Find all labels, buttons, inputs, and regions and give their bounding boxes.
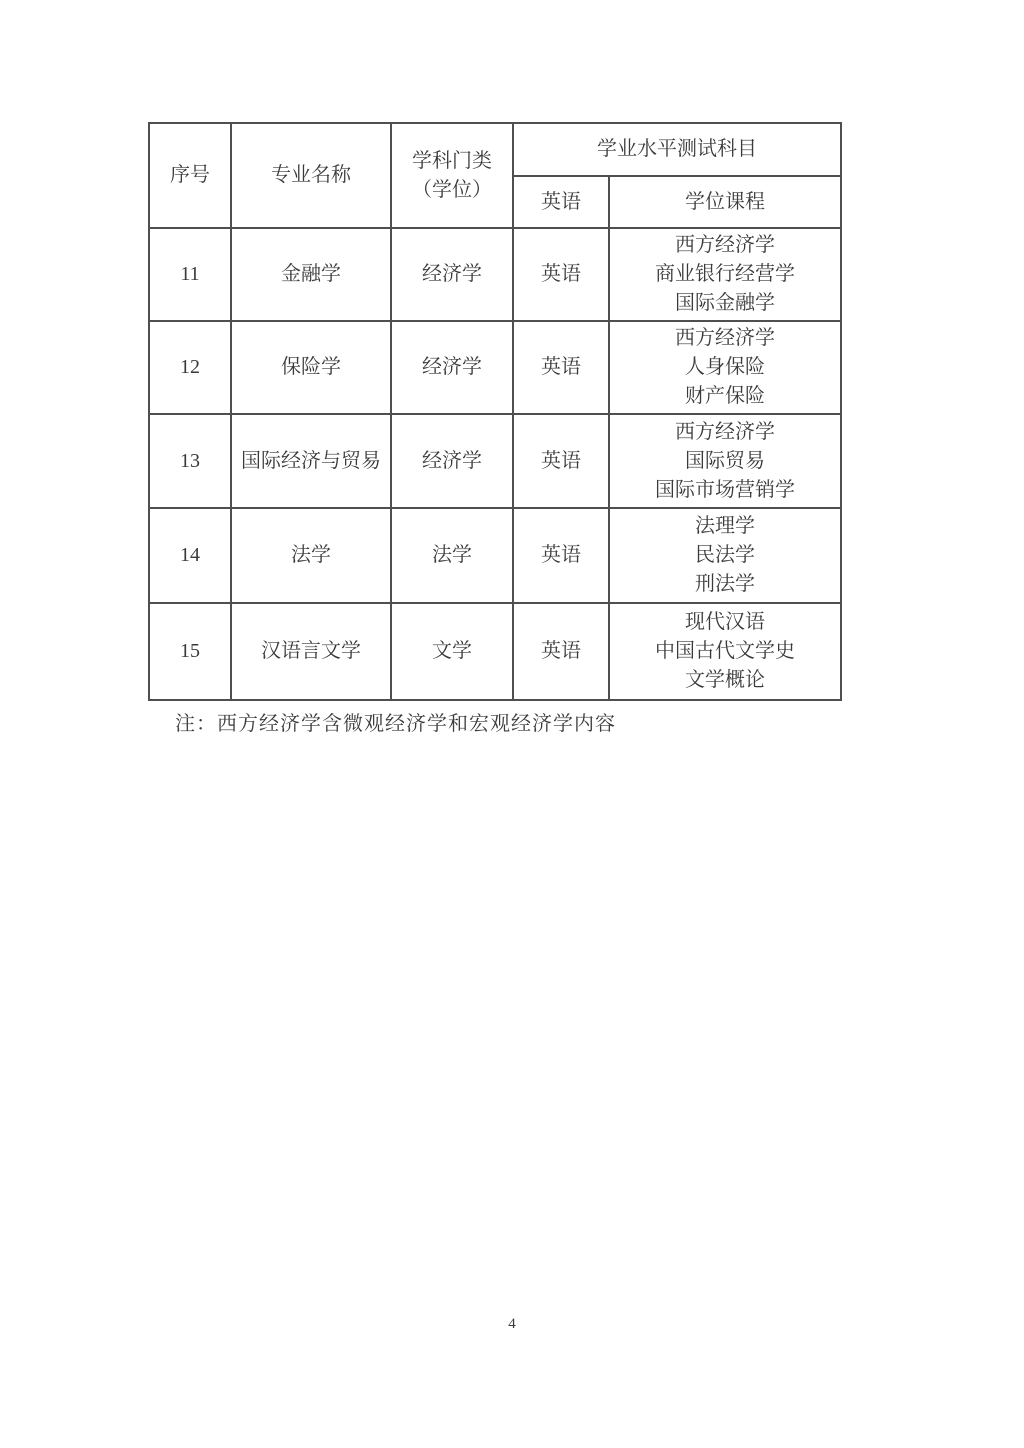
header-discipline-line1: 学科门类 (396, 147, 508, 176)
cell-no: 15 (149, 603, 231, 700)
course-line: 现代汉语 (614, 608, 836, 637)
header-no: 序号 (149, 123, 231, 228)
header-discipline: 学科门类 （学位） (391, 123, 513, 228)
course-line: 财产保险 (614, 382, 836, 411)
course-line: 国际市场营销学 (614, 476, 836, 505)
cell-english: 英语 (513, 321, 609, 414)
cell-degree-courses: 现代汉语 中国古代文学史 文学概论 (609, 603, 841, 700)
course-line: 西方经济学 (614, 231, 836, 260)
course-line: 民法学 (614, 541, 836, 570)
course-line: 西方经济学 (614, 324, 836, 353)
cell-major: 法学 (231, 508, 391, 603)
table-row: 14 法学 法学 英语 法理学 民法学 刑法学 (149, 508, 841, 603)
header-major: 专业名称 (231, 123, 391, 228)
course-line: 中国古代文学史 (614, 637, 836, 666)
course-line: 国际金融学 (614, 289, 836, 318)
course-line: 商业银行经营学 (614, 260, 836, 289)
cell-degree-courses: 西方经济学 国际贸易 国际市场营销学 (609, 414, 841, 508)
cell-discipline: 经济学 (391, 228, 513, 321)
cell-discipline: 文学 (391, 603, 513, 700)
header-english: 英语 (513, 176, 609, 228)
cell-english: 英语 (513, 603, 609, 700)
footnote: 注：西方经济学含微观经济学和宏观经济学内容 (175, 707, 616, 736)
header-discipline-line2: （学位） (396, 176, 508, 205)
table-row: 12 保险学 经济学 英语 西方经济学 人身保险 财产保险 (149, 321, 841, 414)
cell-discipline: 法学 (391, 508, 513, 603)
course-line: 法理学 (614, 512, 836, 541)
table-row: 11 金融学 经济学 英语 西方经济学 商业银行经营学 国际金融学 (149, 228, 841, 321)
cell-no: 13 (149, 414, 231, 508)
cell-major: 金融学 (231, 228, 391, 321)
cell-no: 11 (149, 228, 231, 321)
course-line: 刑法学 (614, 570, 836, 599)
cell-no: 12 (149, 321, 231, 414)
course-line: 西方经济学 (614, 418, 836, 447)
cell-english: 英语 (513, 414, 609, 508)
cell-degree-courses: 西方经济学 人身保险 财产保险 (609, 321, 841, 414)
course-line: 人身保险 (614, 353, 836, 382)
page-number: 4 (0, 1316, 1024, 1333)
cell-english: 英语 (513, 228, 609, 321)
cell-major: 保险学 (231, 321, 391, 414)
cell-major: 国际经济与贸易 (231, 414, 391, 508)
cell-discipline: 经济学 (391, 321, 513, 414)
table-row: 13 国际经济与贸易 经济学 英语 西方经济学 国际贸易 国际市场营销学 (149, 414, 841, 508)
header-degree-courses: 学位课程 (609, 176, 841, 228)
document-page: 序号 专业名称 学科门类 （学位） 学业水平测试科目 英语 学位课程 11 金融… (0, 0, 1024, 1448)
course-line: 国际贸易 (614, 447, 836, 476)
cell-major: 汉语言文学 (231, 603, 391, 700)
header-test-subjects: 学业水平测试科目 (513, 123, 841, 176)
course-line: 文学概论 (614, 666, 836, 695)
test-subjects-table: 序号 专业名称 学科门类 （学位） 学业水平测试科目 英语 学位课程 11 金融… (148, 122, 842, 701)
cell-degree-courses: 西方经济学 商业银行经营学 国际金融学 (609, 228, 841, 321)
table-row: 15 汉语言文学 文学 英语 现代汉语 中国古代文学史 文学概论 (149, 603, 841, 700)
cell-english: 英语 (513, 508, 609, 603)
cell-degree-courses: 法理学 民法学 刑法学 (609, 508, 841, 603)
cell-discipline: 经济学 (391, 414, 513, 508)
cell-no: 14 (149, 508, 231, 603)
